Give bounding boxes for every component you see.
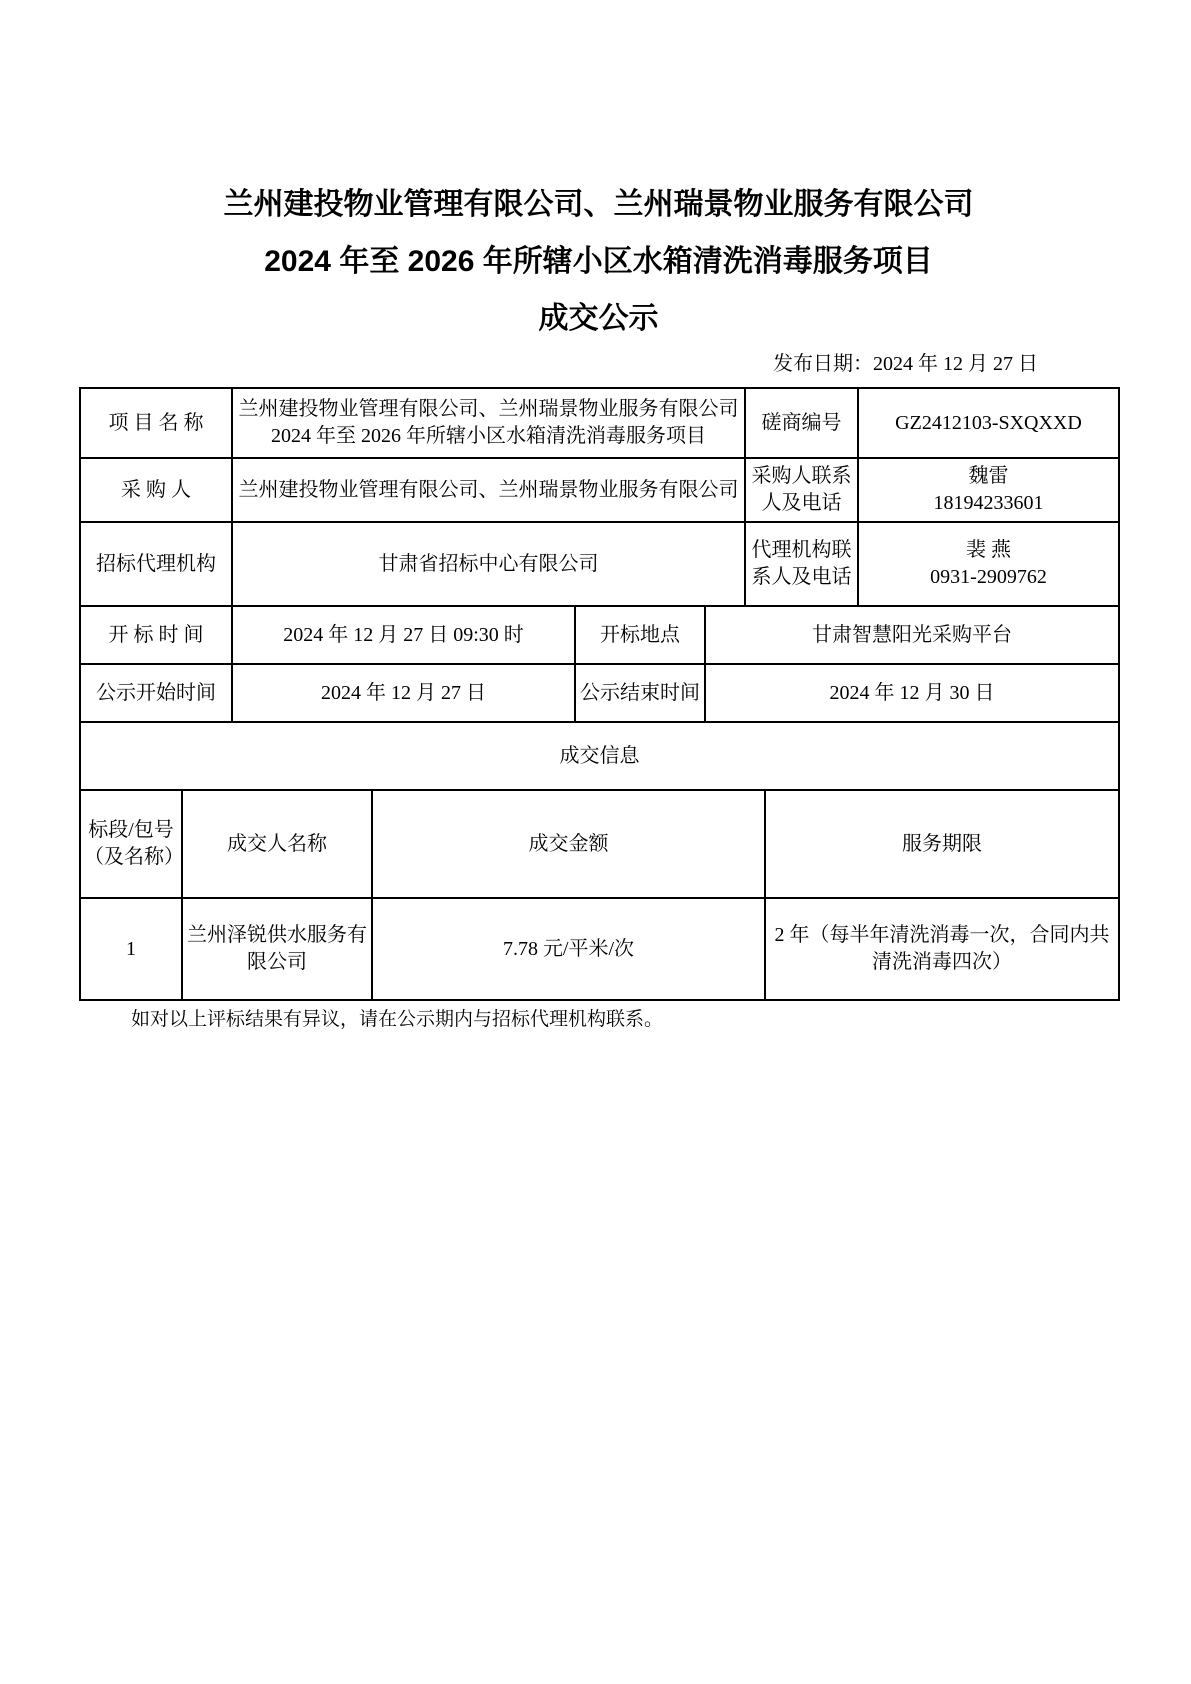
agency-label-cell: 招标代理机构	[80, 522, 232, 606]
publicity-end-value-cell: 2024 年 12 月 30 日	[705, 664, 1119, 722]
announcement-table: 项 目 名 称 兰州建投物业管理有限公司、兰州瑞景物业服务有限公司 2024 年…	[79, 387, 1120, 1001]
document-page: 兰州建投物业管理有限公司、兰州瑞景物业服务有限公司 2024 年至 2026 年…	[0, 0, 1191, 1684]
award-header-winner-cell: 成交人名称	[182, 790, 372, 898]
award-header-lot-cell: 标段/包号 （及名称）	[80, 790, 182, 898]
award-amount-cell: 7.78 元/平米/次	[372, 898, 765, 1000]
award-period-cell: 2 年（每半年清洗消毒一次，合同内共清洗消毒四次）	[765, 898, 1119, 1000]
publicity-start-label-cell: 公示开始时间	[80, 664, 232, 722]
row-publicity-period: 公示开始时间 2024 年 12 月 27 日 公示结束时间 2024 年 12…	[80, 664, 1119, 722]
award-header-row: 标段/包号 （及名称） 成交人名称 成交金额 服务期限	[80, 790, 1119, 898]
negotiation-no-value-cell: GZ2412103-SXQXXD	[858, 388, 1119, 458]
award-header-amount-cell: 成交金额	[372, 790, 765, 898]
project-name-label-cell: 项 目 名 称	[80, 388, 232, 458]
purchaser-contact-value-cell: 魏雷 18194233601	[858, 458, 1119, 522]
publicity-start-value-cell: 2024 年 12 月 27 日	[232, 664, 575, 722]
row-purchaser: 采 购 人 兰州建投物业管理有限公司、兰州瑞景物业服务有限公司 采购人联系人及电…	[80, 458, 1119, 522]
award-section-title-cell: 成交信息	[80, 722, 1119, 790]
agency-contact-value-cell: 裴 燕 0931-2909762	[858, 522, 1119, 606]
award-data-row: 1 兰州泽锐供水服务有限公司 7.78 元/平米/次 2 年（每半年清洗消毒一次…	[80, 898, 1119, 1000]
publicity-end-label-cell: 公示结束时间	[575, 664, 705, 722]
document-title: 兰州建投物业管理有限公司、兰州瑞景物业服务有限公司 2024 年至 2026 年…	[79, 0, 1118, 347]
agency-contact-label-cell: 代理机构联系人及电话	[745, 522, 858, 606]
award-winner-cell: 兰州泽锐供水服务有限公司	[182, 898, 372, 1000]
bid-open-place-value-cell: 甘肃智慧阳光采购平台	[705, 606, 1119, 664]
title-line-2: 2024 年至 2026 年所辖小区水箱清洗消毒服务项目	[79, 233, 1118, 290]
purchaser-contact-label-cell: 采购人联系人及电话	[745, 458, 858, 522]
bid-open-time-label-cell: 开 标 时 间	[80, 606, 232, 664]
row-bid-open: 开 标 时 间 2024 年 12 月 27 日 09:30 时 开标地点 甘肃…	[80, 606, 1119, 664]
row-award-section-title: 成交信息	[80, 722, 1119, 790]
purchaser-value-cell: 兰州建投物业管理有限公司、兰州瑞景物业服务有限公司	[232, 458, 745, 522]
agency-value-cell: 甘肃省招标中心有限公司	[232, 522, 745, 606]
document-content: 兰州建投物业管理有限公司、兰州瑞景物业服务有限公司 2024 年至 2026 年…	[79, 0, 1118, 1033]
purchaser-label-cell: 采 购 人	[80, 458, 232, 522]
award-header-period-cell: 服务期限	[765, 790, 1119, 898]
negotiation-no-label-cell: 磋商编号	[745, 388, 858, 458]
row-agency: 招标代理机构 甘肃省招标中心有限公司 代理机构联系人及电话 裴 燕 0931-2…	[80, 522, 1119, 606]
bid-open-time-value-cell: 2024 年 12 月 27 日 09:30 时	[232, 606, 575, 664]
publish-date: 发布日期：2024 年 12 月 27 日	[79, 351, 1118, 377]
title-line-3: 成交公示	[79, 290, 1118, 347]
project-name-value-cell: 兰州建投物业管理有限公司、兰州瑞景物业服务有限公司 2024 年至 2026 年…	[232, 388, 745, 458]
footer-note: 如对以上评标结果有异议，请在公示期内与招标代理机构联系。	[79, 1007, 1118, 1033]
bid-open-place-label-cell: 开标地点	[575, 606, 705, 664]
title-line-1: 兰州建投物业管理有限公司、兰州瑞景物业服务有限公司	[79, 176, 1118, 233]
award-lot-cell: 1	[80, 898, 182, 1000]
row-project-name: 项 目 名 称 兰州建投物业管理有限公司、兰州瑞景物业服务有限公司 2024 年…	[80, 388, 1119, 458]
